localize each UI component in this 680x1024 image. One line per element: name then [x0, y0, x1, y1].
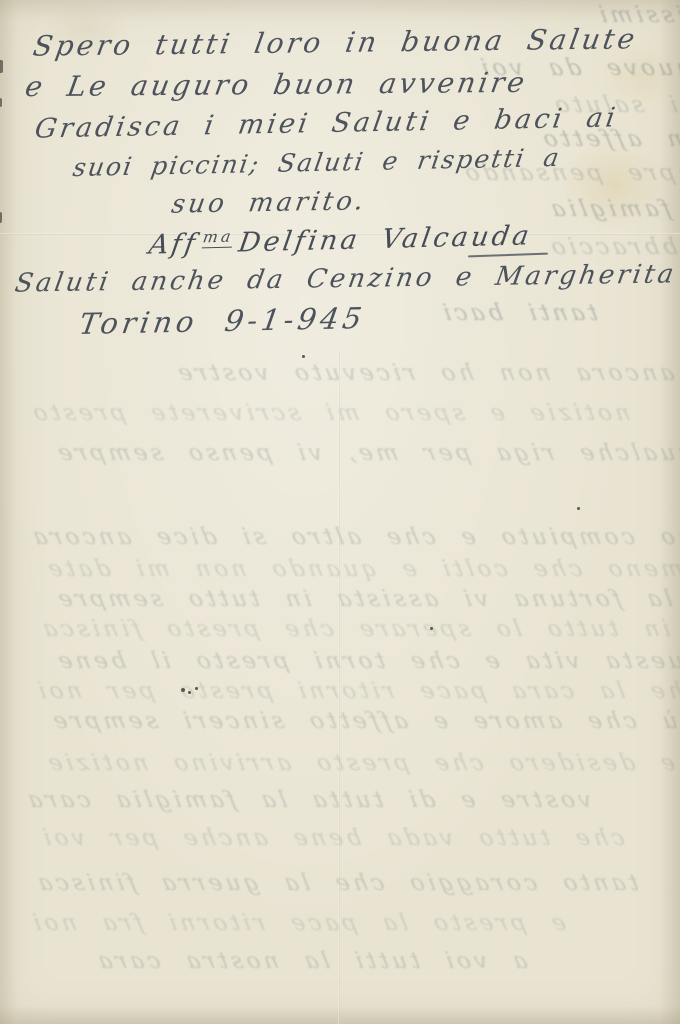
- ink-speck: [181, 688, 185, 692]
- bleedthrough-line: ancora non ho ricevuto vostre: [172, 360, 677, 386]
- ink-speck: [302, 355, 305, 358]
- letter-place-date: Torino 9-1-945: [77, 301, 368, 341]
- letter-line-greetings-from-cenzino-margherita: Saluti anche da Cenzino e Margherita: [13, 259, 679, 298]
- page-edge-mark: [0, 98, 2, 107]
- bleedthrough-line: qualche riga per me, vi penso sempre: [52, 440, 680, 466]
- bleedthrough-line: e desidero che presto arrivino notizie: [42, 750, 677, 776]
- signature-prefix: Aff: [147, 228, 201, 260]
- signature-flourish-underline: [468, 253, 548, 258]
- ink-speck: [577, 507, 580, 510]
- bleedthrough-line: notizie e spero mi scriverete presto: [27, 400, 633, 426]
- letter-line-her-husband: suo marito.: [169, 186, 368, 219]
- signature-name: Delfina Valcauda: [236, 220, 534, 258]
- letter-line-greetings-kisses: Gradisca i miei Saluti e baci ai: [33, 102, 621, 144]
- page-edge-mark: [0, 60, 3, 73]
- bleedthrough-line: che la fortuna vi assista in tutto sempr…: [52, 586, 680, 612]
- bleedthrough-line: tanto coraggio che la guerra finisca: [32, 870, 641, 896]
- ink-speck: [195, 687, 198, 690]
- page-edge-mark: [0, 212, 2, 223]
- bleedthrough-line: hanno compiuto e che altro si dice ancor…: [27, 524, 680, 550]
- bleedthrough-line: vi abbraccio: [545, 234, 680, 260]
- letter-line-good-future-wish: e Le auguro buon avvenire: [23, 66, 530, 103]
- bleedthrough-line: a voi tutti la nostra cara: [92, 948, 530, 974]
- bleedthrough-line: più che amore e affetto sinceri sempre: [47, 708, 680, 734]
- bleedthrough-line: alla famiglia: [545, 196, 680, 222]
- bleedthrough-line: meno che colti e quando non mi date: [42, 556, 680, 582]
- bleedthrough-line: vostre e di tutta la famiglia cara: [22, 787, 594, 813]
- bleedthrough-line: questa vita e che torni presto il bene: [52, 648, 680, 674]
- bleedthrough-line: tanti baci: [437, 300, 600, 326]
- bleedthrough-line: in tutto lo sperare che presto finisca: [37, 616, 673, 642]
- ink-speck: [188, 691, 191, 694]
- signature-superscript: ma: [201, 227, 235, 249]
- bleedthrough-line: e presto la pace ritorni fra noi: [27, 910, 568, 936]
- ink-speck: [430, 627, 433, 630]
- letter-page: Carissimi buone nuove da voi vi saluto c…: [0, 0, 680, 1024]
- bleedthrough-line: che tutto vada bene anche per voi: [37, 825, 627, 851]
- bleedthrough-line: che la cara pace ritorni presto per noi: [32, 678, 680, 704]
